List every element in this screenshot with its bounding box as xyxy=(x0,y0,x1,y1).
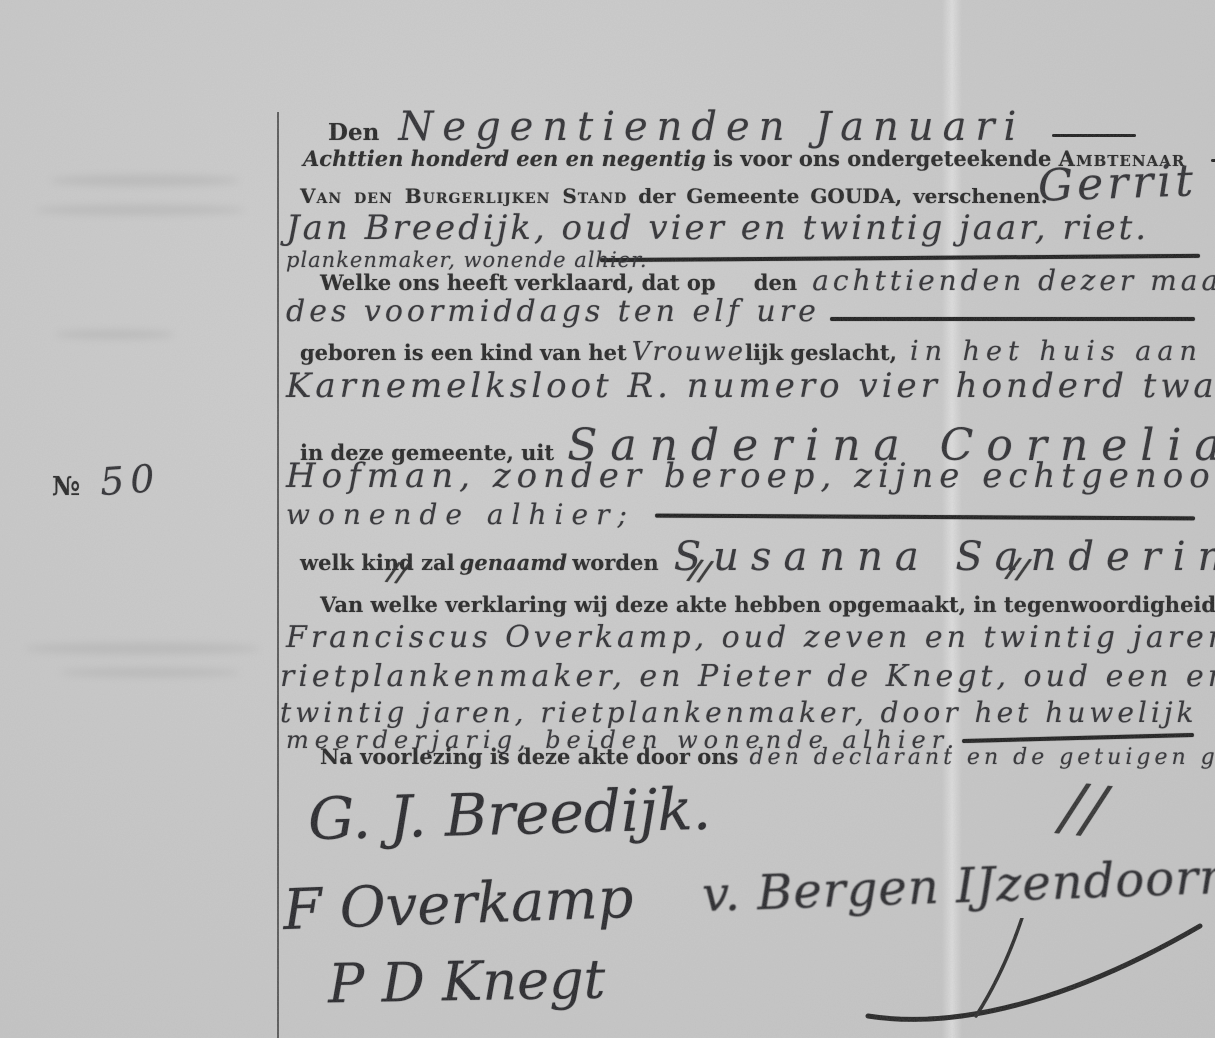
birth-time-hw: des voormiddags ten elf ure xyxy=(286,294,820,329)
date-line-handwritten: Negentienden Januari xyxy=(398,104,1025,150)
filler-rule xyxy=(962,733,1194,743)
signature-witness1: F Overkamp xyxy=(282,866,634,943)
birth-line: geboren is een kind van het Vrouwelijk g… xyxy=(300,336,1215,367)
birth-printed-mid: lijk geslacht, xyxy=(745,340,897,365)
birth-certificate-scan: № 50 Den Negentienden Januari Achttien h… xyxy=(0,0,1215,1038)
registry-city: GOUDA, xyxy=(810,184,902,208)
signature-declarant: G. J. Breedijk. xyxy=(307,775,712,854)
bleedthrough-smudge xyxy=(35,205,245,215)
child-name-hw: Susanna Sanderina; xyxy=(674,534,1215,580)
year-line-rest: is voor ons ondergeteekende xyxy=(713,146,1051,171)
act-number-symbol: № xyxy=(52,472,80,502)
signature-registrar: v. Bergen IJzendoorn xyxy=(701,849,1215,923)
registry-line: Van den Burgerlijken Stand der Gemeente … xyxy=(300,184,1048,208)
signature-witness2: P D Knegt xyxy=(327,948,605,1016)
child-printed-start: welk kind zal xyxy=(300,550,455,575)
child-name-line: welk kind zal genaamd worden Susanna San… xyxy=(300,534,1215,580)
declaration-line: Welke ons heeft verklaard, dat op den ac… xyxy=(320,264,1215,297)
declarant-first-name: Gerrit xyxy=(1037,155,1198,212)
filler-rule xyxy=(655,514,1195,521)
mother-line3-hw: wonende alhier; xyxy=(286,498,635,531)
act-number-value: 50 xyxy=(99,456,162,504)
birth-address-hw: Karnemelksloot R. numero vier honderd tw… xyxy=(286,366,1215,406)
bleedthrough-smudge xyxy=(55,330,175,339)
bleedthrough-smudge xyxy=(25,643,260,654)
child-printed-end: worden xyxy=(572,550,658,575)
mother-line2-hw: Hofman, zonder beroep, zijne echtgenoot, xyxy=(286,456,1215,496)
bleedthrough-smudge xyxy=(50,175,240,186)
witness-line1: Franciscus Overkamp, oud zeven en twinti… xyxy=(286,620,1215,655)
registry-mid: der Gemeente xyxy=(638,184,799,208)
bleedthrough-smudge xyxy=(60,668,240,677)
filler-dash xyxy=(1211,159,1215,162)
year-line-italic: Achttien honderd een en negentig xyxy=(303,146,706,171)
declarant-line2: Jan Breedijk, oud vier en twintig jaar, … xyxy=(286,208,1149,248)
birth-gender-hw: Vrouwe xyxy=(632,337,745,367)
closing-printed: Na voorlezing is deze akte door ons xyxy=(320,744,738,769)
birth-location-hw: in het huis aan de xyxy=(910,336,1215,367)
declaration-date-hw: achttienden dezer maand, xyxy=(812,264,1215,297)
date-line-printed: Den xyxy=(328,119,379,146)
date-line: Den Negentienden Januari xyxy=(328,104,1136,150)
birth-printed-start: geboren is een kind van het xyxy=(300,340,627,365)
witness-line2: rietplankenmaker, en Pieter de Knegt, ou… xyxy=(280,659,1215,694)
closing-hw: den declarant en de getuigen geteekend. xyxy=(749,745,1215,770)
registry-end: verschenen: xyxy=(913,184,1048,208)
registry-office: Van den Burgerlijken Stand xyxy=(300,184,627,208)
double-stroke-mark: ∕∕ xyxy=(1058,770,1109,848)
witness-intro: Van welke verklaring wij deze akte hebbe… xyxy=(320,592,1215,617)
closing-line: Na voorlezing is deze akte door ons den … xyxy=(320,744,1215,770)
child-printed-italic: genaamd xyxy=(460,550,567,575)
signature-flourish xyxy=(860,918,1210,1026)
filler-rule xyxy=(830,317,1195,321)
margin-rule xyxy=(277,112,279,1038)
filler-dash xyxy=(1052,134,1136,137)
declaration-printed: Welke ons heeft verklaard, dat op xyxy=(320,270,716,295)
witness-line3: twintig jaren, rietplankenmaker, door he… xyxy=(280,696,1197,729)
declaration-printed-den: den xyxy=(754,270,797,295)
filler-rule xyxy=(600,254,1200,262)
